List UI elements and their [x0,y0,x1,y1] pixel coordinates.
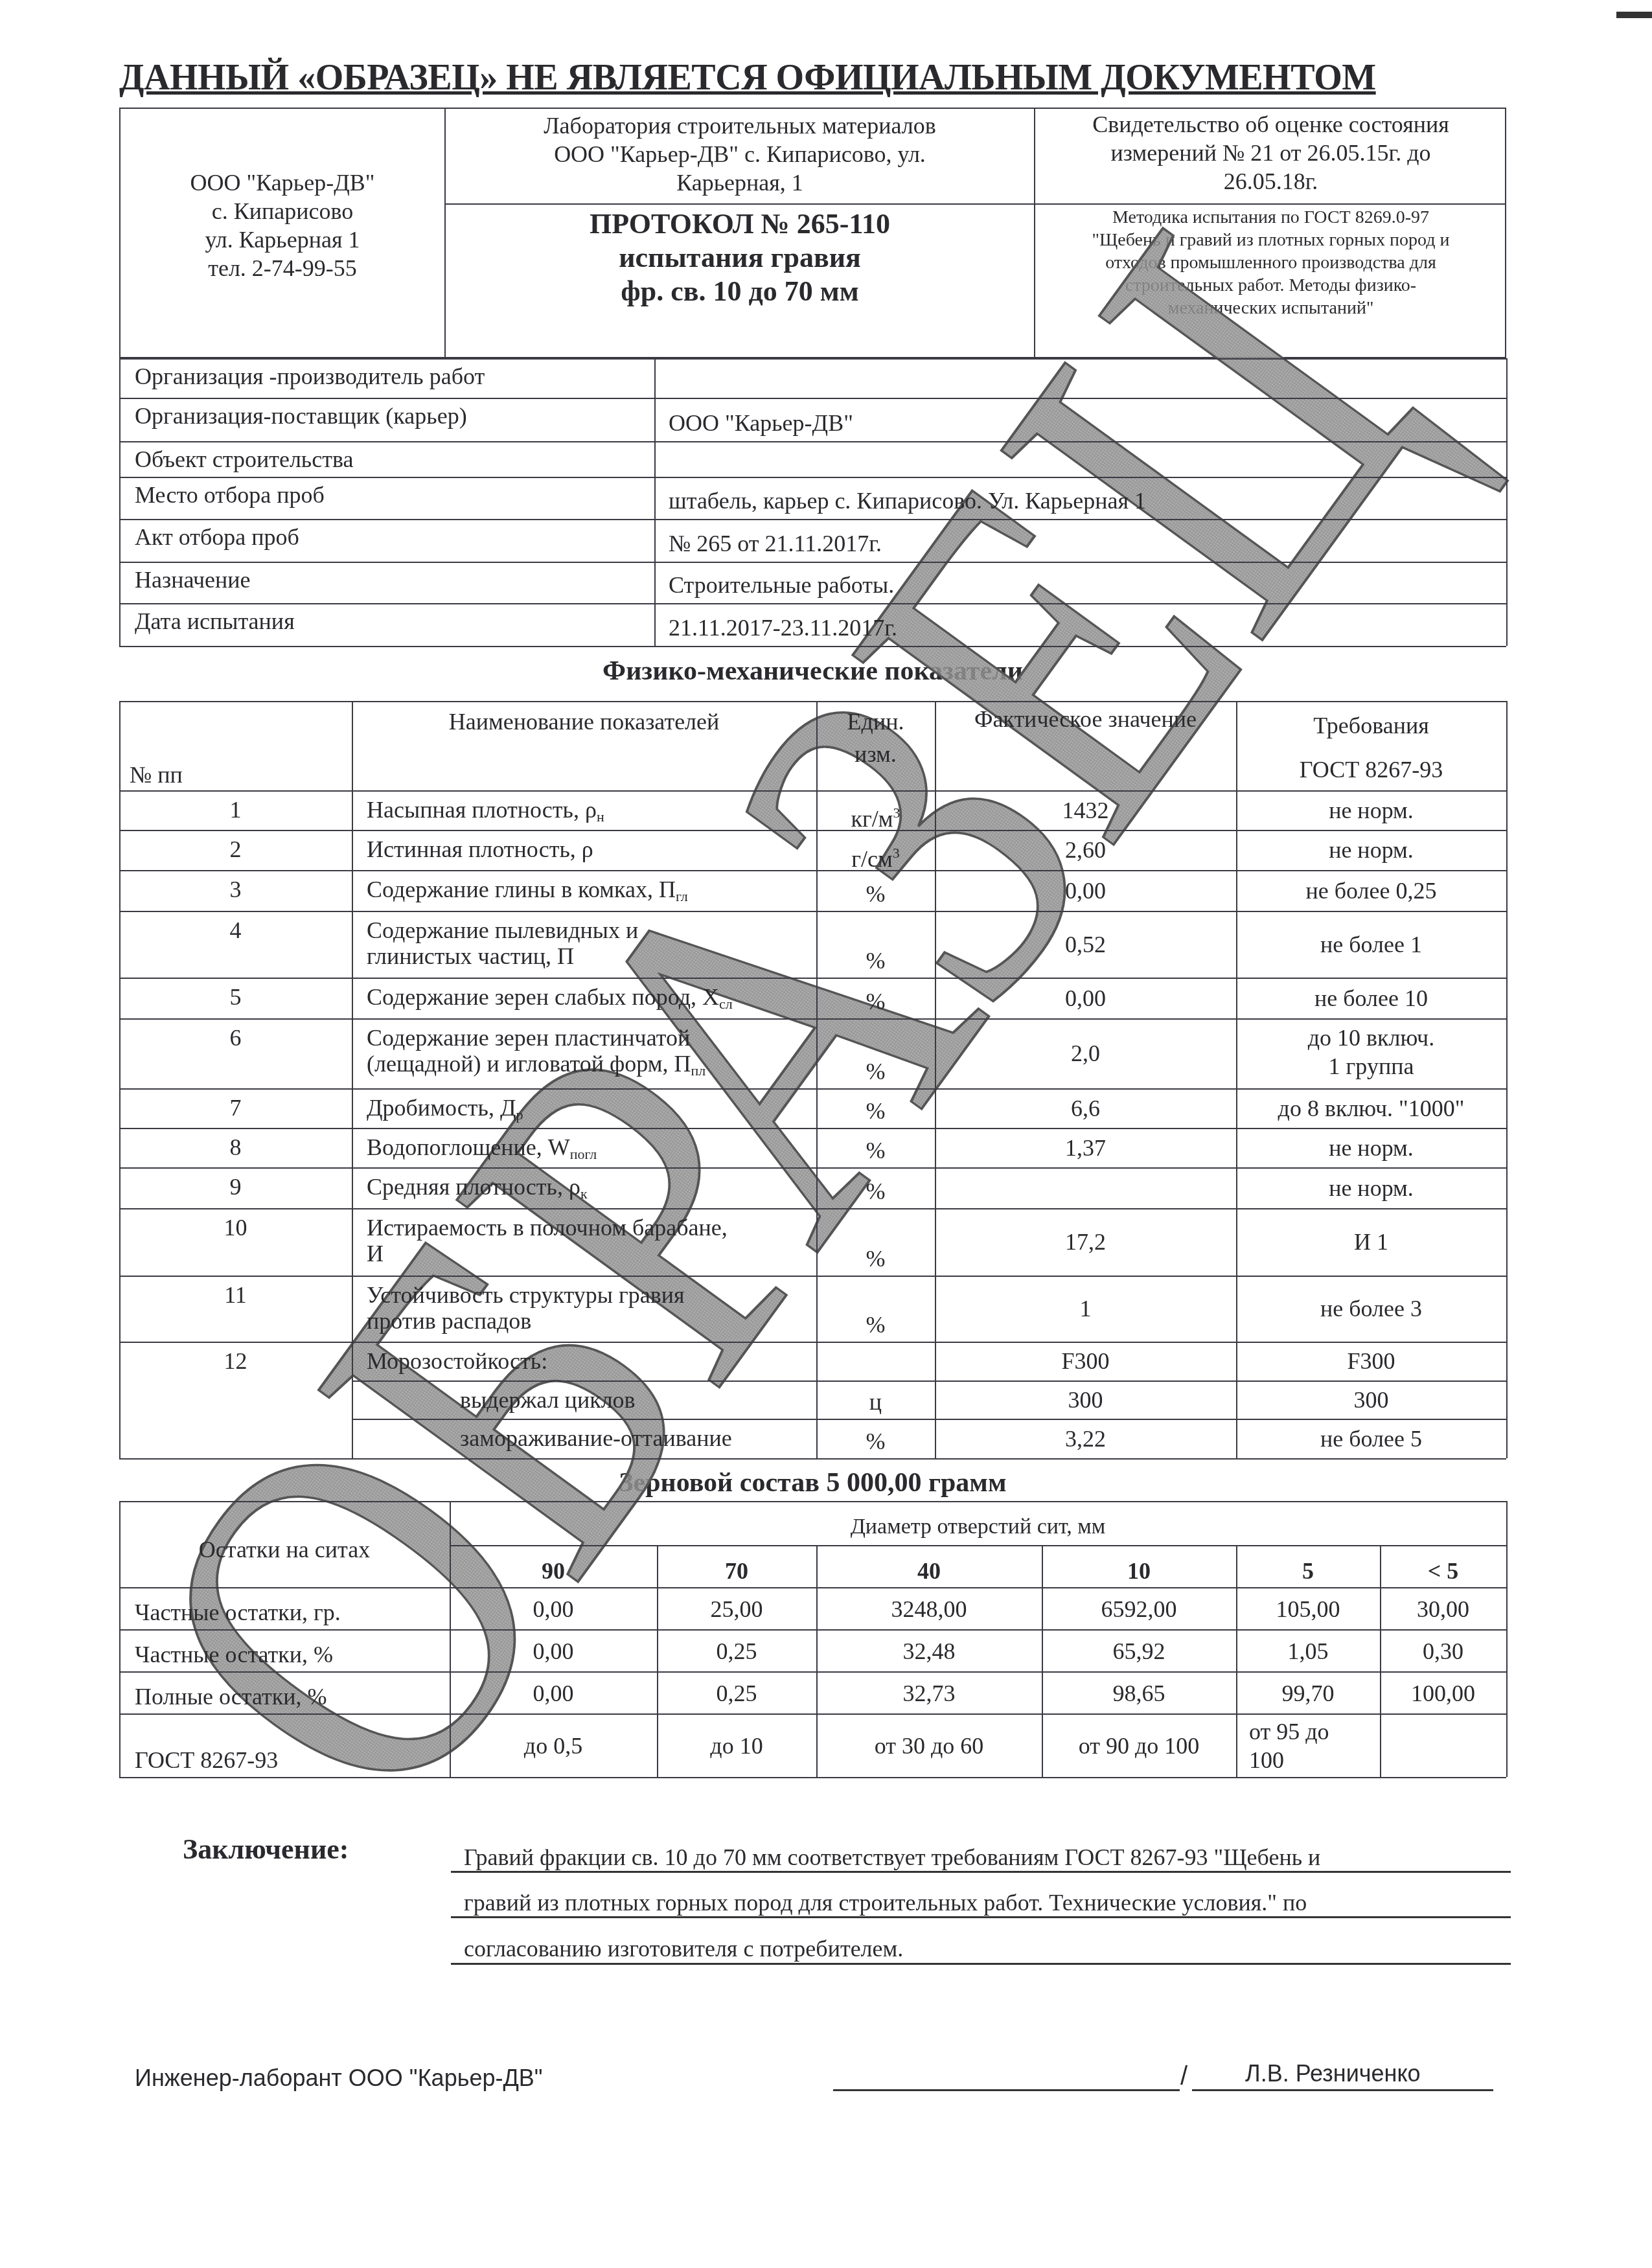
subscript: погл [570,1146,597,1162]
superscript: 3 [893,845,900,861]
residue-value: 105,00 [1236,1596,1380,1622]
table-rule [1506,701,1508,1458]
indicator-name: Истираемость в полочном барабане, [367,1215,728,1241]
col-header-unit: Един. [816,709,935,735]
subscript: к [580,1186,588,1202]
table-rule [1506,441,1508,477]
col-header-req: Требования [1236,713,1506,739]
requirement: до 10 включ. [1236,1025,1506,1051]
subscript: н [597,808,604,825]
name-underline [1192,2089,1493,2091]
indicator-name: Устойчивость структуры гравия [367,1282,685,1308]
signature-role: Инженер-лаборант ООО "Карьер-ДВ" [135,2067,543,2090]
table-rule [119,1088,1506,1090]
underline [451,1871,1511,1873]
residue-value: 0,00 [450,1638,657,1664]
info-value: Строительные работы. [669,573,894,597]
unit: % [816,1246,935,1272]
method-line: механических испытаний" [1035,297,1506,319]
residue-value: 32,48 [816,1638,1042,1664]
indicator-name: Средняя плотность, ρк [367,1174,588,1207]
table-rule [1506,398,1508,441]
table-rule [450,1545,1506,1546]
company-street: ул. Карьерная 1 [120,225,444,254]
table-rule [119,978,1506,979]
info-label: Дата испытания [135,610,295,633]
table-rule [654,603,656,646]
unit: % [816,1428,935,1454]
row-number: 6 [119,1025,352,1051]
signature-line[interactable] [833,2089,1180,2091]
sieve-size: 70 [657,1558,816,1584]
requirement: не норм. [1236,837,1506,863]
table-rule [119,1276,1506,1277]
table-rule [119,1629,1506,1631]
residue-value: 32,73 [816,1680,1042,1706]
method-info: Методика испытания по ГОСТ 8269.0-97 "Ще… [1035,206,1506,319]
requirement: не норм. [1236,1175,1506,1201]
subscript: сл [719,996,733,1012]
col-header-num: № пп [130,762,183,788]
residue-value: 99,70 [1236,1680,1380,1706]
table-rule [119,398,120,441]
residue-value: 0,25 [657,1638,816,1664]
requirement: не более 1 [1236,932,1506,957]
indicator-name: Дробимость, Др [367,1095,523,1128]
table-rule [654,398,656,441]
table-rule [654,519,656,562]
residue-value: 0,25 [657,1680,816,1706]
info-label: Назначение [135,568,251,591]
indicator-name: выдержал циклов [460,1387,636,1413]
scan-artifact [1616,12,1652,18]
info-value: № 265 от 21.11.2017г. [669,532,882,555]
conclusion-line: Гравий фракции св. 10 до 70 мм соответст… [464,1846,1320,1869]
col-header-actual: Фактическое значение [935,706,1236,732]
residue-value: 98,65 [1042,1680,1236,1706]
table-rule [654,562,656,603]
table-rule [119,562,120,603]
physmech-title: Физико-механические показатели [119,656,1506,687]
requirement: И 1 [1236,1229,1506,1255]
requirement: не норм. [1236,797,1506,823]
table-rule [1506,477,1508,519]
unit: % [816,1059,935,1084]
info-value: 21.11.2017-23.11.2017г. [669,616,897,639]
table-rule [119,646,1506,647]
residue-value: 100,00 [1380,1680,1506,1706]
actual-value: F300 [935,1348,1236,1374]
table-rule [119,1018,1506,1020]
actual-value: 1432 [935,797,1236,823]
info-label: Место отбора проб [135,483,325,507]
requirement: до 8 включ. "1000" [1236,1095,1506,1121]
gost-range: от 95 до [1249,1719,1329,1745]
table-rule [119,562,1506,563]
table-rule [119,1671,1506,1673]
residue-value: 30,00 [1380,1596,1506,1622]
sieve-size: 90 [450,1558,657,1584]
table-rule [352,1419,1506,1420]
residue-value: от 90 до 100 [1042,1733,1236,1759]
indicator-name: И [367,1241,384,1266]
row-number: 3 [119,876,352,902]
lab-line: Лаборатория строительных материалов [446,111,1034,140]
indicator-name: (лещадной) и игловатой форм, Ппл [367,1051,706,1084]
requirement: F300 [1236,1348,1506,1374]
table-rule [119,830,1506,831]
indicator-name: Водопоглощение, Wпогл [367,1134,597,1167]
method-line: строительных работ. Методы физико- [1035,274,1506,297]
conclusion-line: согласованию изготовителя с потребителем… [464,1937,903,1960]
row-number: 11 [119,1282,352,1308]
table-rule [654,358,656,398]
unit: % [816,1138,935,1163]
table-rule [119,790,1506,792]
table-rule [1506,358,1508,398]
table-rule [119,603,1506,604]
residue-value: 0,00 [450,1596,657,1622]
superscript: 3 [893,805,901,821]
actual-value: 300 [935,1387,1236,1413]
requirement: не более 3 [1236,1296,1506,1322]
info-value: штабель, карьер с. Кипарисово. Ул. Карье… [669,489,1146,512]
table-rule [119,477,1506,478]
indicator-name: глинистых частиц, П [367,943,574,969]
actual-value: 0,52 [935,932,1236,957]
requirement: не более 5 [1236,1426,1506,1452]
residue-value: до 0,5 [450,1733,657,1759]
lab-line: ООО "Карьер-ДВ" с. Кипарисово, ул. [446,140,1034,168]
certificate-line: Свидетельство об оценке состояния [1035,110,1506,139]
table-rule [119,1128,1506,1129]
row-number: 12 [119,1348,352,1374]
indicator-name: Истинная плотность, ρ [367,836,593,862]
residue-label: Частные остатки, % [135,1642,333,1667]
residue-value: 6592,00 [1042,1596,1236,1622]
unit: кг/м3 [816,800,935,832]
sieve-size: 40 [816,1558,1042,1584]
unit: % [816,1312,935,1338]
signature-separator: / [1180,2063,1187,2089]
company-name: ООО "Карьер-ДВ" [120,168,444,197]
certificate-line: измерений № 21 от 26.05.15г. до [1035,139,1506,167]
gost-range: 100 [1249,1747,1284,1773]
row-header: Остатки на ситах [119,1537,450,1563]
unit: % [816,948,935,974]
col-header-name: Наименование показателей [352,709,816,735]
company-phone: тел. 2-74-99-55 [120,254,444,282]
info-label: Объект строительства [135,448,353,471]
requirement: 300 [1236,1387,1506,1413]
sieve-size: < 5 [1380,1558,1506,1584]
protocol-fraction: фр. св. 10 до 70 мм [446,275,1034,308]
row-number: 1 [119,797,352,823]
table-rule [654,477,656,519]
indicator-name: против распадов [367,1308,531,1334]
grain-title: Зерновой состав 5 000,00 грамм [119,1467,1506,1498]
table-rule [119,603,120,646]
residue-value: от 30 до 60 [816,1733,1042,1759]
method-line: отходов промышленного производства для [1035,251,1506,274]
sieve-size: 5 [1236,1558,1380,1584]
method-line: Методика испытания по ГОСТ 8269.0-97 [1035,206,1506,229]
indicator-name: Морозостойкость: [367,1348,547,1374]
actual-value: 2,0 [935,1040,1236,1066]
table-rule [119,701,1506,702]
actual-value: 1,37 [935,1135,1236,1161]
actual-value: 17,2 [935,1229,1236,1255]
table-rule [119,358,1506,360]
residue-value: 0,00 [450,1680,657,1706]
subscript: р [516,1106,523,1123]
company-info: ООО "Карьер-ДВ" с. Кипарисово ул. Карьер… [120,168,444,282]
underline [451,1963,1511,1965]
row-number: 5 [119,984,352,1010]
table-rule [119,1167,1506,1169]
requirement: не более 0,25 [1236,878,1506,904]
protocol-title: ПРОТОКОЛ № 265-110 испытания гравия фр. … [446,207,1034,308]
table-rule [119,1208,1506,1209]
certificate-line: 26.05.18г. [1035,167,1506,196]
info-label: Акт отбора проб [135,525,299,549]
actual-value: 0,00 [935,878,1236,904]
table-rule [119,441,120,477]
table-rule [119,1458,1506,1460]
indicator-name: Содержание глины в комках, Пгл [367,876,688,910]
residue-value: 1,05 [1236,1638,1380,1664]
residue-value: до 10 [657,1733,816,1759]
table-rule [352,1380,1506,1382]
table-rule [119,911,1506,912]
indicator-name: замораживание-оттаивание [460,1425,732,1451]
conclusion-label: Заключение: [183,1835,349,1864]
table-rule [119,1342,1506,1343]
table-rule [352,701,353,1458]
row-number: 4 [119,917,352,943]
table-rule [1506,603,1508,646]
disclaimer-title: ДАННЫЙ «ОБРАЗЕЦ» НЕ ЯВЛЯЕТСЯ ОФИЦИАЛЬНЫМ… [119,60,1454,96]
actual-value: 6,6 [935,1095,1236,1121]
sieve-group-header: Диаметр отверстий сит, мм [450,1514,1506,1540]
indicator-name: Содержание зерен пластинчатой [367,1025,690,1051]
residue-value: 0,30 [1380,1638,1506,1664]
table-rule [1506,562,1508,603]
unit: % [816,1098,935,1124]
requirement: 1 группа [1236,1053,1506,1079]
indicator-name: Содержание зерен слабых пород, Хсл [367,984,733,1017]
signature-name: Л.В. Резниченко [1245,2062,1421,2085]
table-rule [1506,1501,1508,1777]
col-header-unit: изм. [816,741,935,767]
row-number: 8 [119,1134,352,1160]
table-rule [119,1587,1506,1588]
conclusion-line: гравий из плотных горных пород для строи… [464,1891,1307,1914]
table-rule [119,870,1506,871]
subscript: гл [676,888,688,904]
info-label: Организация-поставщик (карьер) [135,404,467,428]
residue-value: 3248,00 [816,1596,1042,1622]
underline [451,1916,1511,1918]
sieve-size: 10 [1042,1558,1236,1584]
indicator-name: Содержание пылевидных и [367,917,638,943]
table-rule [119,477,120,519]
unit: ц [816,1389,935,1415]
actual-value: 2,60 [935,837,1236,863]
residue-label: Полные остатки, % [135,1684,327,1710]
table-rule [1506,519,1508,562]
requirement: не более 10 [1236,985,1506,1011]
subscript: пл [691,1062,706,1079]
indicator-name: Насыпная плотность, ρн [367,797,604,830]
residue-label: ГОСТ 8267-93 [135,1747,278,1773]
unit: % [816,1178,935,1204]
method-line: "Щебень и гравий из плотных горных пород… [1035,229,1506,251]
header-divider [444,203,1506,205]
info-value: ООО "Карьер-ДВ" [669,411,853,435]
table-rule [119,358,120,398]
table-rule [119,441,1506,442]
table-rule [119,1501,1506,1502]
table-rule [119,1713,1506,1715]
protocol-subject: испытания гравия [446,241,1034,275]
actual-value: 0,00 [935,985,1236,1011]
table-rule [119,519,1506,520]
protocol-number: ПРОТОКОЛ № 265-110 [446,207,1034,241]
requirement: не норм. [1236,1135,1506,1161]
lab-line: Карьерная, 1 [446,168,1034,197]
actual-value: 1 [935,1296,1236,1322]
residue-value: 65,92 [1042,1638,1236,1664]
company-village: с. Кипарисово [120,197,444,225]
unit: % [816,881,935,907]
info-label: Организация -производитель работ [135,365,485,388]
unit: г/см3 [816,840,935,872]
row-number: 9 [119,1174,352,1200]
table-rule [654,441,656,477]
certificate-info: Свидетельство об оценке состояния измере… [1035,110,1506,196]
col-header-req: ГОСТ 8267-93 [1236,757,1506,783]
actual-value: 3,22 [935,1426,1236,1452]
table-rule [119,1777,1506,1778]
unit: % [816,989,935,1014]
residue-label: Частные остатки, гр. [135,1599,341,1625]
residue-value: 25,00 [657,1596,816,1622]
row-number: 2 [119,836,352,862]
table-rule [119,519,120,562]
lab-info: Лаборатория строительных материалов ООО … [446,111,1034,197]
row-number: 10 [119,1215,352,1241]
table-rule [119,398,1506,399]
row-number: 7 [119,1095,352,1121]
